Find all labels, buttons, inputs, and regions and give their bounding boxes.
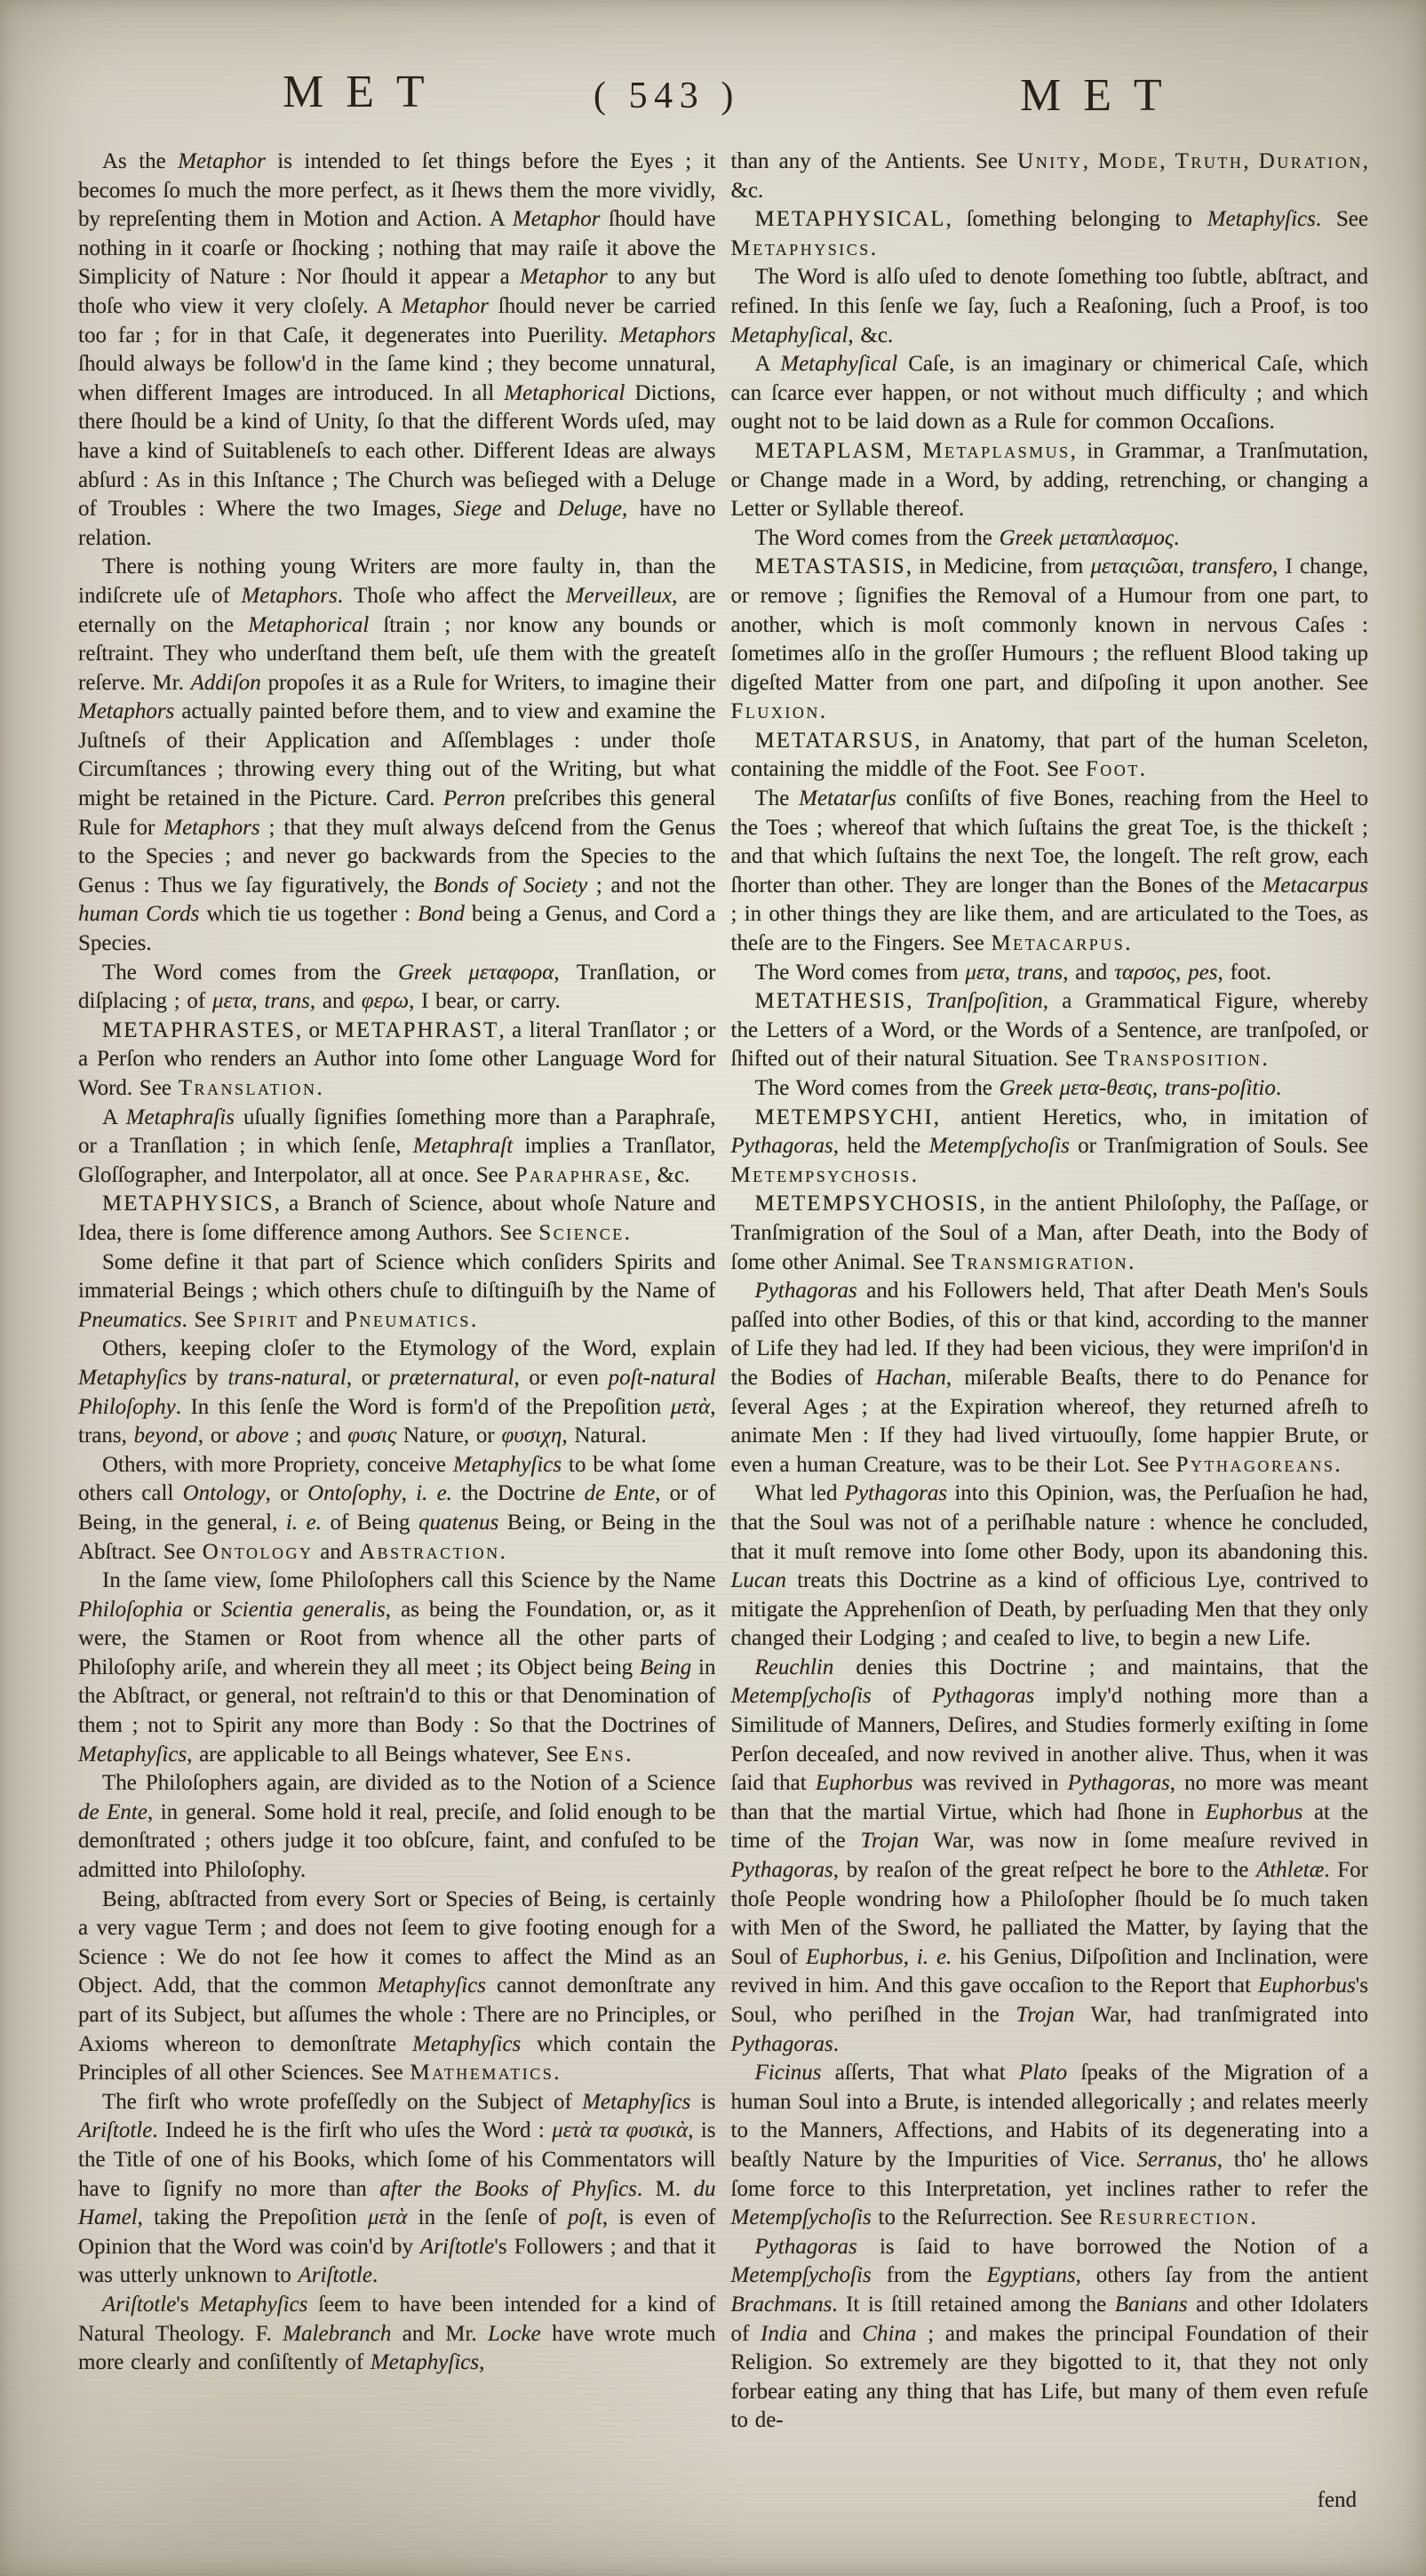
paragraph: METAPHYSICAL, ſomething belonging to Met… (731, 205, 1369, 263)
paragraph: METEMPSYCHI, antient Heretics, who, in i… (731, 1104, 1369, 1191)
catchword: fend (1318, 2488, 1357, 2513)
paragraph: As the Metaphor is intended to ſet thing… (78, 148, 716, 553)
paragraph: METATARSUS, in Anatomy, that part of the… (731, 727, 1369, 785)
paragraph: The Metatarſus conſiſts of five Bones, r… (731, 785, 1369, 959)
paragraph: Reuchlin denies this Doctrine ; and main… (731, 1654, 1369, 2059)
paragraph: METAPLASM, Metaplasmus, in Grammar, a Tr… (731, 437, 1369, 524)
paragraph: The Word is alſo uſed to denote ſomethin… (731, 263, 1369, 350)
paragraph: Being, abſtracted from every Sort or Spe… (78, 1886, 716, 2088)
paragraph: METEMPSYCHOSIS, in the antient Philoſoph… (731, 1190, 1369, 1277)
paragraph: Others, with more Propriety, conceive Me… (78, 1451, 716, 1567)
paragraph: The firſt who wrote profeſſedly on the S… (78, 2088, 716, 2291)
paragraph: A Metaphyſical Caſe, is an imaginary or … (731, 350, 1369, 437)
running-title-right: MET (1020, 69, 1184, 122)
paragraph: METASTASIS, in Medicine, from μεταςιῶαι,… (731, 553, 1369, 727)
paragraph: The Word comes from the Greek μετα-θεσις… (731, 1074, 1369, 1104)
paragraph: METAPHRASTES, or METAPHRAST, a literal T… (78, 1017, 716, 1104)
encyclopedia-page: MET ( 543 ) MET As the Metaphor is inten… (0, 0, 1426, 2576)
running-title-left: MET (283, 66, 447, 118)
paragraph: Pythagoras and his Followers held, That … (731, 1277, 1369, 1479)
paragraph: Pythagoras is ſaid to have borrowed the … (731, 2233, 1369, 2436)
paragraph: Some define it that part of Science whic… (78, 1248, 716, 1336)
paragraph: Ficinus aſſerts, That what Plato ſpeaks … (731, 2059, 1369, 2233)
paragraph: There is nothing young Writers are more … (78, 553, 716, 958)
paragraph: Others, keeping cloſer to the Etymology … (78, 1335, 716, 1450)
paragraph: METATHESIS, Tranſpoſition, a Grammatical… (731, 987, 1369, 1074)
paragraph: The Philoſophers again, are divided as t… (78, 1769, 716, 1885)
paragraph: METAPHYSICS, a Branch of Science, about … (78, 1190, 716, 1248)
right-column: than any of the Antients. See Unity, Mod… (731, 148, 1369, 2436)
paragraph: The Word comes from the Greek μεταπλασμο… (731, 524, 1369, 554)
paragraph: In the ſame view, ſome Philoſophers call… (78, 1567, 716, 1769)
paragraph: What led Pythagoras into this Opinion, w… (731, 1479, 1369, 1654)
page-number: ( 543 ) (594, 75, 740, 117)
paragraph: The Word comes from the Greek μεταφορα, … (78, 959, 716, 1017)
paragraph: The Word comes from μετα, trans, and ταρ… (731, 959, 1369, 988)
paragraph: than any of the Antients. See Unity, Mod… (731, 148, 1369, 205)
paragraph: Ariſtotle's Metaphyſics ſeem to have bee… (78, 2291, 716, 2378)
left-column: As the Metaphor is intended to ſet thing… (78, 148, 716, 2436)
page-header: MET ( 543 ) MET (0, 66, 1426, 146)
text-columns: As the Metaphor is intended to ſet thing… (78, 148, 1368, 2436)
paragraph: A Metaphraſis uſually ſignifies ſomethin… (78, 1104, 716, 1191)
